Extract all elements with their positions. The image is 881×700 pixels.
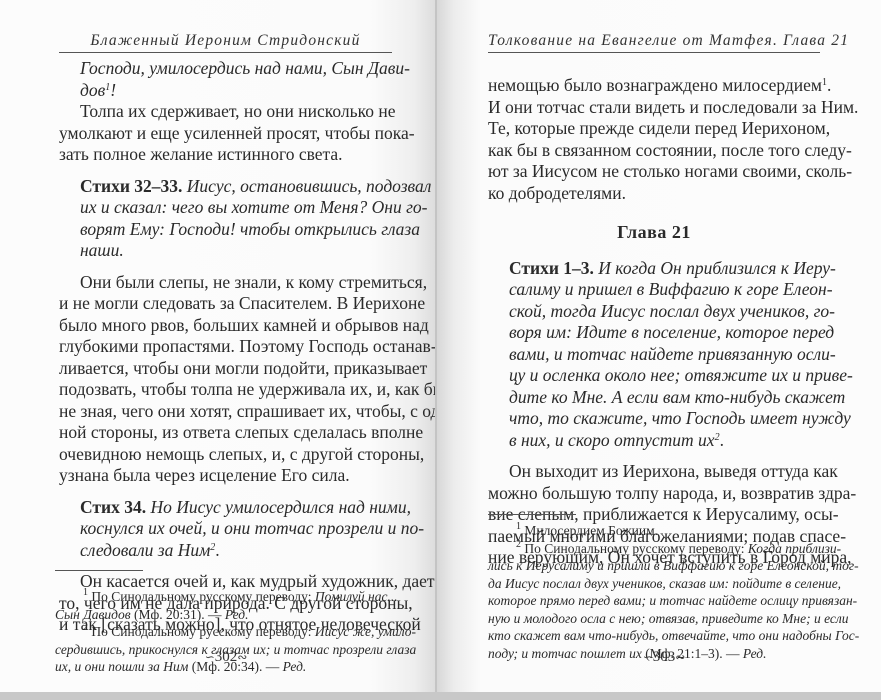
footnotes-right: 1 Милосердием Божиим. 2 По Синодальному … (488, 522, 820, 662)
text-line: И они тотчас стали видеть и последовали … (488, 97, 820, 119)
footnote-1: 1 Милосердием Божиим. (488, 522, 820, 540)
left-page-body: Господи, умилосердись над нами, Сын Дави… (59, 58, 392, 636)
ornament-icon: ∾ (675, 650, 685, 664)
chapter-title: Глава 21 (488, 222, 820, 244)
footnote-2-cont: лись к Иерусалиму и пришли в Виффагию к … (488, 557, 820, 575)
page-number-right: ∽303∾ (604, 649, 724, 666)
footnote-1-cont: Сын Давидов (Мф. 20:31). — Ред. (55, 606, 392, 624)
verse-block-1-3: Стихи 1–3. И когда Он приблизился к Иеру… (488, 258, 820, 452)
text-line: что, то скажите, что Господь имеет нужду (509, 408, 820, 430)
text-line: цу и осленка около нее; отвяжите их и пр… (509, 365, 820, 387)
running-head-left: Блаженный Иероним Стридонский (59, 32, 392, 53)
book-spread: Блаженный Иероним Стридонский Господи, у… (0, 0, 881, 700)
page-bottom-edge (0, 692, 881, 700)
text-line: и не могли следовать за Спасителем. В Ие… (59, 293, 392, 315)
verse-block-32-33: Стихи 32–33. Иисус, остановившись, подоз… (59, 176, 392, 262)
text-line: очевидною немощь слепых, и, с другой сто… (59, 444, 392, 466)
text-line: подозвать, чтобы толпа не удерживала их,… (59, 379, 392, 401)
text-line: ворят Ему: Господи! чтобы открылись глаз… (80, 219, 392, 241)
text-line: было много рвов, больших камней и обрыво… (59, 315, 392, 337)
text-line: Они были слепы, не знали, к кому стремит… (59, 272, 392, 294)
verse-label: Стихи 32–33. (80, 176, 182, 196)
text-line: дов1! (59, 80, 392, 102)
book-spine (435, 0, 437, 700)
text-line: ной стороны, из ответа слепых сделалась … (59, 422, 392, 444)
text-line: коснулся их очей, и они тотчас прозрели … (80, 518, 392, 540)
right-page: Толкование на Евангелие от Матфея. Глава… (436, 0, 881, 692)
text-line: узнана была через исцеление Его сила. (59, 465, 392, 487)
left-page: Блаженный Иероним Стридонский Господи, у… (0, 0, 436, 692)
text-line: можно большую толпу народа, и, возвратив… (488, 483, 820, 505)
footnote-2-cont: да Иисус послал двух учеников, сказав им… (488, 575, 820, 593)
footnote-2: 2 По Синодальному русскому переводу: Ког… (488, 540, 820, 558)
text-line: не зная, чего они хотят, спрашивает их, … (59, 401, 392, 423)
text-line: Стихи 32–33. Иисус, остановившись, подоз… (80, 176, 392, 198)
text-line: Стих 34. Но Иисус умилосердился над ними… (80, 497, 392, 519)
footnote-2: 2 По Синодальному русскому переводу: Иис… (55, 623, 392, 641)
text-line: наши. (80, 240, 392, 262)
text-line: салиму и пришел в Виффагию к горе Елеон- (509, 279, 820, 301)
text-line: вами, и тотчас найдете привязанную осли- (509, 344, 820, 366)
text-line: умолкают и еще усиленней просят, чтобы п… (59, 123, 392, 145)
footnote-divider (55, 570, 143, 571)
right-page-body: немощью было вознаграждено милосердием1.… (488, 75, 820, 569)
footnote-2-cont: которое прямо перед вами; и тотчас найде… (488, 592, 820, 610)
text-line: Толпа их сдерживает, но они нисколько не (59, 101, 392, 123)
text-line: в них, и скоро отпустит их2. (509, 430, 820, 452)
verse-block-34: Стих 34. Но Иисус умилосердился над ними… (59, 497, 392, 562)
text-line: ской, тогда Иисус послал двух учеников, … (509, 301, 820, 323)
footnote-divider (488, 514, 576, 515)
text-line: следовали за Ним2. (80, 540, 392, 562)
verse-label: Стихи 1–3. (509, 258, 594, 278)
footnote-2-cont: ную и молодого осла с нею; отвязав, прив… (488, 610, 820, 628)
text-line: зать полное желание истинного света. (59, 144, 392, 166)
text-line: Господи, умилосердись над нами, Сын Дави… (59, 58, 392, 80)
footnote-2-cont: кто скажет вам что-нибудь, отвечайте, чт… (488, 627, 820, 645)
text-line: немощью было вознаграждено милосердием1. (488, 75, 820, 97)
verse-label: Стих 34. (80, 497, 146, 517)
text-line: Он выходит из Иерихона, выведя оттуда ка… (488, 461, 820, 483)
footnote-1: 1 По Синодальному русскому переводу: Пом… (55, 588, 392, 606)
ornament-icon: ∾ (237, 650, 247, 664)
text-line: ко добродетелями. (488, 183, 820, 205)
text-line: Стихи 1–3. И когда Он приблизился к Иеру… (509, 258, 820, 280)
text-line: Те, которые прежде сидели перед Иерихоно… (488, 118, 820, 140)
text-line: ливается, чтобы они могли подойти, прика… (59, 358, 392, 380)
text-line: ют за Иисусом не столько ногами своими, … (488, 161, 820, 183)
running-head-right: Толкование на Евангелие от Матфея. Глава… (488, 32, 820, 53)
ornament-icon: ∽ (205, 650, 215, 664)
text-line: дите ко Мне. А если вам кто-нибудь скаже… (509, 387, 820, 409)
page-number-left: ∽302∾ (166, 649, 286, 666)
ornament-icon: ∽ (643, 650, 653, 664)
text-line: их и сказал: чего вы хотите от Меня? Они… (80, 197, 392, 219)
text-line: глубокими пропастями. Поэтому Господь ос… (59, 336, 392, 358)
text-line: воря им: Идите в поселение, которое пере… (509, 322, 820, 344)
text-line: как бы в связанном состоянии, после того… (488, 140, 820, 162)
